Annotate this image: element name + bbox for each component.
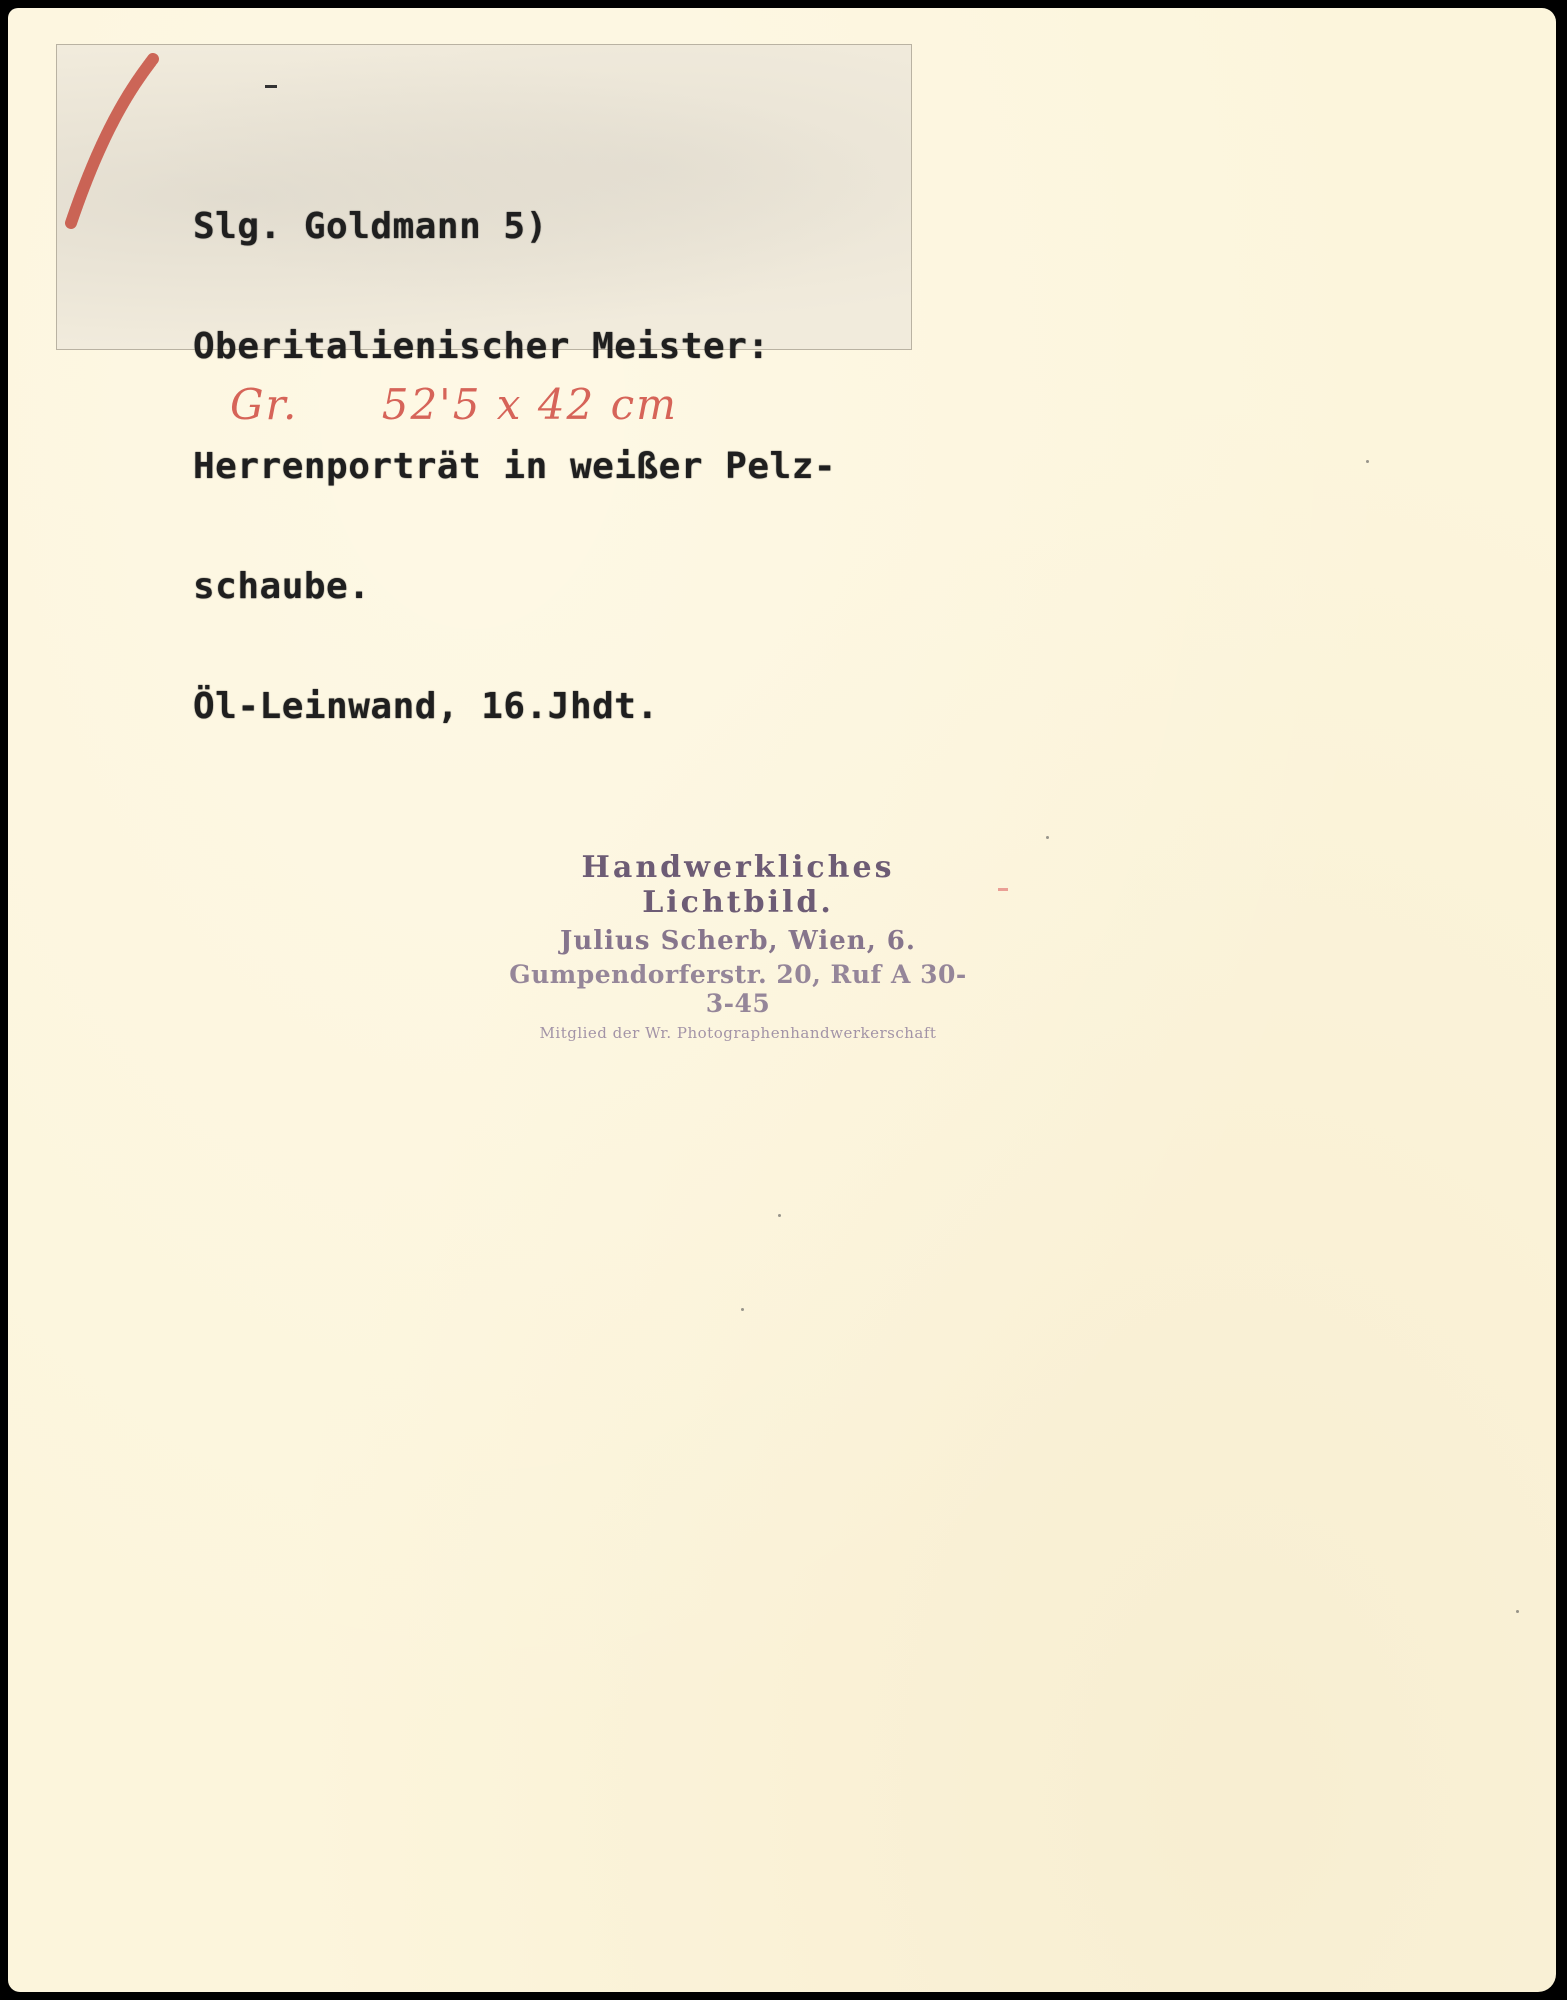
typed-label: Slg. Goldmann 5) Oberitalienischer Meist… xyxy=(56,44,912,350)
label-line-artist: Oberitalienischer Meister: xyxy=(193,327,836,367)
stamp-line-membership: Mitglied der Wr. Photographenhandwerkers… xyxy=(508,1024,968,1042)
label-line-title-cont: schaube. xyxy=(193,567,836,607)
paper-speck xyxy=(1516,1610,1519,1613)
paper-speck xyxy=(741,1308,744,1311)
red-speck xyxy=(998,888,1008,891)
typed-dash xyxy=(265,85,277,88)
dimension-value: 52'5 x 42 cm xyxy=(382,380,678,429)
label-line-title: Herrenporträt in weißer Pelz- xyxy=(193,447,836,487)
stamp-line-title: Handwerkliches Lichtbild. xyxy=(508,850,968,920)
photographer-stamp: Handwerkliches Lichtbild. Julius Scherb,… xyxy=(508,850,968,1042)
paper-speck xyxy=(1046,836,1049,839)
handwritten-dimensions: Gr. 52'5 x 42 cm xyxy=(230,380,678,429)
paper-speck xyxy=(1366,460,1369,463)
red-pencil-mark-icon xyxy=(65,53,185,233)
photo-mount-card: Slg. Goldmann 5) Oberitalienischer Meist… xyxy=(8,8,1556,1992)
stamp-line-name: Julius Scherb, Wien, 6. xyxy=(508,926,968,956)
paper-speck xyxy=(778,1214,781,1217)
typed-text-block: Slg. Goldmann 5) Oberitalienischer Meist… xyxy=(193,127,836,807)
dimension-prefix: Gr. xyxy=(230,380,298,429)
stamp-line-address: Gumpendorferstr. 20, Ruf A 30-3-45 xyxy=(508,960,968,1018)
label-line-medium-date: Öl-Leinwand, 16.Jhdt. xyxy=(193,687,836,727)
label-line-collection: Slg. Goldmann 5) xyxy=(193,207,836,247)
